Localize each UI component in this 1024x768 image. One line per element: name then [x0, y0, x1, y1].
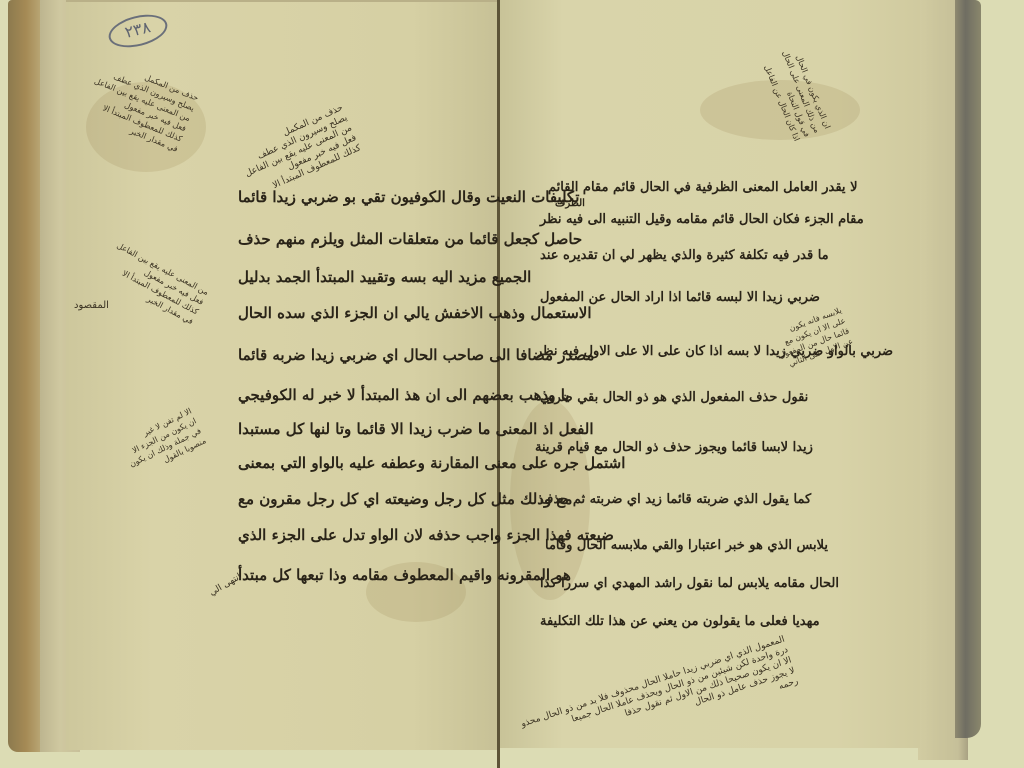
main-text-line: يلابس الذي هو خبر اعتبارا والقي ملابسه ا…: [545, 538, 828, 553]
main-text-line: الفعل اذ المعنى ما ضرب زيدا الا قائما وت…: [238, 420, 594, 438]
book-spine-gutter: [497, 0, 500, 768]
main-text-line: مقام الجزء فكان الحال قائم مقامه وقيل ال…: [540, 212, 864, 227]
main-text-line: الاستعمال وذهب الاخفش يالي ان الجزء الذي…: [238, 304, 592, 322]
main-text-line: مهديا فعلى ما يقولون من يعني عن هذا تلك …: [540, 614, 820, 629]
main-text-line: تكليفات النعيت وقال الكوفيون تقي بو ضربي…: [238, 188, 579, 206]
main-text-line: الحال مقامه يلابس لما نقول راشد المهدي ا…: [540, 576, 839, 591]
main-text-line: ضربي زيدا الا لبسه قائما اذا اراد الحال …: [540, 290, 820, 305]
main-text-line: الظرف: [555, 198, 585, 209]
margin-label: المقصود: [74, 300, 109, 311]
main-text-line: ما قدر فيه تكلفة كثيرة والذي يظهر لي ان …: [540, 248, 829, 263]
right-binding-cover: [955, 0, 981, 738]
main-text-line: الجميع مزيد اليه بسه وتقييد المبتدأ الجم…: [238, 268, 531, 286]
main-text-line: يا وذهب بعضهم الى ان هذ المبتدأ لا خبر ل…: [238, 386, 569, 404]
main-text-line: حاصل كجعل قائما من متعلقات المثل ويلزم م…: [238, 230, 582, 248]
main-text-line: زيدا لابسا قائما ويجوز حذف ذو الحال مع ق…: [535, 440, 813, 455]
right-page: [500, 0, 920, 748]
main-text-line: نقول حذف المفعول الذي هو ذو الحال بقي ضر…: [540, 390, 808, 405]
open-manuscript: ٢٣٨ حذف من المكمل يصلح وسيرون الذي عطف م…: [0, 0, 1024, 768]
main-text-line: لا يقدر العامل المعنى الظرفية في الحال ق…: [548, 180, 858, 195]
main-text-line: مع وذلك مثل كل رجل وضيعته اي كل رجل مقرو…: [238, 490, 572, 508]
main-text-line: هو المقرونه واقيم المعطوف مقامه وذا تبعه…: [238, 566, 571, 584]
main-text-line: اشتمل جره على معنى المقارنة وعطفه عليه ب…: [238, 454, 625, 472]
main-text-line: كما يقول الذي ضربته قائما زيد اي ضربته ث…: [540, 492, 811, 507]
